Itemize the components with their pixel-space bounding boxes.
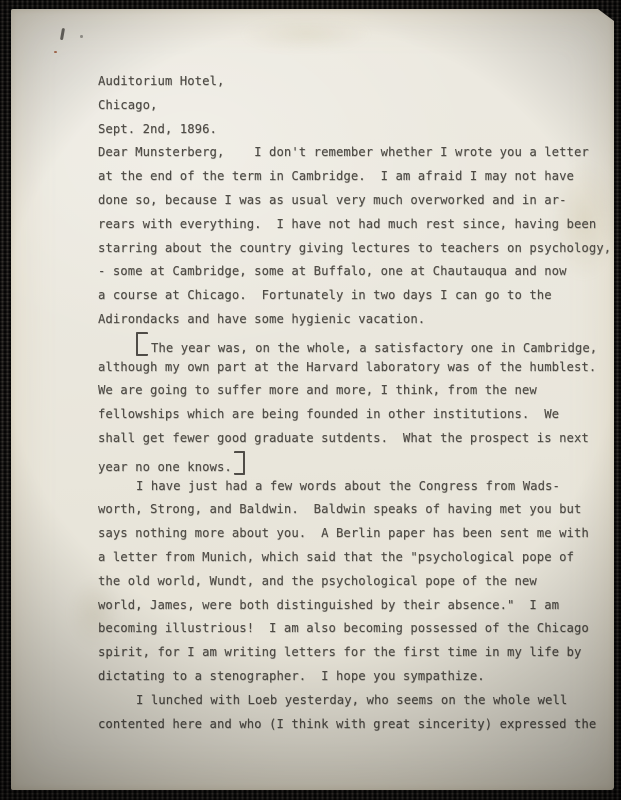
letter-line-text: - some at Cambridge, some at Buffalo, on… bbox=[98, 264, 567, 278]
letter-line-text: at the end of the term in Cambridge. I a… bbox=[98, 169, 574, 183]
letter-line-text: fellowships which are being founded in o… bbox=[98, 407, 559, 421]
ink-bleedthrough-smudge bbox=[241, 17, 371, 51]
letter-line: fellowships which are being founded in o… bbox=[98, 403, 614, 427]
letter-line-text: Chicago, bbox=[98, 98, 158, 112]
letter-page: Auditorium Hotel,Chicago,Sept. 2nd, 1896… bbox=[11, 9, 614, 790]
letter-line: Dear Munsterberg, I don't remember wheth… bbox=[98, 141, 614, 165]
letter-line: Sept. 2nd, 1896. bbox=[98, 118, 614, 142]
letter-line-text: starring about the country giving lectur… bbox=[98, 241, 611, 255]
letter-line: starring about the country giving lectur… bbox=[98, 237, 614, 261]
letter-line-text: I have just had a few words about the Co… bbox=[136, 479, 560, 493]
letter-line: at the end of the term in Cambridge. I a… bbox=[98, 165, 614, 189]
letter-line: The year was, on the whole, a satisfacto… bbox=[98, 332, 614, 356]
letter-line-text: The year was, on the whole, a satisfacto… bbox=[151, 341, 597, 355]
letter-line: becoming illustrious! I am also becoming… bbox=[98, 617, 614, 641]
letter-line-text: contented here and who (I think with gre… bbox=[98, 717, 596, 731]
letter-line: done so, because I was as usual very muc… bbox=[98, 189, 614, 213]
letter-line: I lunched with Loeb yesterday, who seems… bbox=[98, 689, 614, 713]
letter-line-text: rears with everything. I have not had mu… bbox=[98, 217, 596, 231]
letter-line-text: dictating to a stenographer. I hope you … bbox=[98, 669, 485, 683]
letter-line: I have just had a few words about the Co… bbox=[98, 475, 614, 499]
letter-line: world, James, were both distinguished by… bbox=[98, 594, 614, 618]
letter-line-text: We are going to suffer more and more, I … bbox=[98, 383, 537, 397]
red-speck-mark bbox=[54, 51, 57, 53]
pencil-tick-mark bbox=[60, 28, 65, 40]
letter-line-text: Auditorium Hotel, bbox=[98, 74, 224, 88]
letter-line-text: year no one knows. bbox=[98, 460, 232, 474]
editorial-bracket-close-mark bbox=[234, 451, 245, 475]
letter-line: Adirondacks and have some hygienic vacat… bbox=[98, 308, 614, 332]
letter-line: says nothing more about you. A Berlin pa… bbox=[98, 522, 614, 546]
letter-line-text: spirit, for I am writing letters for the… bbox=[98, 645, 581, 659]
letter-line-text: done so, because I was as usual very muc… bbox=[98, 193, 567, 207]
letter-line: a course at Chicago. Fortunately in two … bbox=[98, 284, 614, 308]
letter-line: rears with everything. I have not had mu… bbox=[98, 213, 614, 237]
letter-line-text: a course at Chicago. Fortunately in two … bbox=[98, 288, 552, 302]
ink-bleedthrough-smudge bbox=[549, 161, 619, 279]
letter-line: We are going to suffer more and more, I … bbox=[98, 379, 614, 403]
letter-line-text: Dear Munsterberg, I don't remember wheth… bbox=[98, 145, 589, 159]
letter-line-text: a letter from Munich, which said that th… bbox=[98, 550, 574, 564]
letter-line-text: I lunched with Loeb yesterday, who seems… bbox=[136, 693, 567, 707]
letter-line: although my own part at the Harvard labo… bbox=[98, 356, 614, 380]
letter-line-text: Adirondacks and have some hygienic vacat… bbox=[98, 312, 425, 326]
letter-line: contented here and who (I think with gre… bbox=[98, 713, 614, 737]
letter-line: worth, Strong, and Baldwin. Baldwin spea… bbox=[98, 498, 614, 522]
letter-line: Chicago, bbox=[98, 94, 614, 118]
letter-line-text: worth, Strong, and Baldwin. Baldwin spea… bbox=[98, 502, 581, 516]
editorial-bracket-open-mark bbox=[136, 332, 148, 356]
photo-backdrop: Auditorium Hotel,Chicago,Sept. 2nd, 1896… bbox=[0, 0, 621, 800]
letter-line-text: the old world, Wundt, and the psychologi… bbox=[98, 574, 537, 588]
letter-line: shall get fewer good graduate sutdents. … bbox=[98, 427, 614, 451]
letter-line: dictating to a stenographer. I hope you … bbox=[98, 665, 614, 689]
ink-bleedthrough-smudge bbox=[69, 577, 121, 649]
letter-line: spirit, for I am writing letters for the… bbox=[98, 641, 614, 665]
letter-line: Auditorium Hotel, bbox=[98, 70, 614, 94]
letter-lines: Auditorium Hotel,Chicago,Sept. 2nd, 1896… bbox=[98, 70, 614, 736]
pencil-dot-mark bbox=[80, 35, 83, 38]
letter-line-text: shall get fewer good graduate sutdents. … bbox=[98, 431, 589, 445]
letter-line: - some at Cambridge, some at Buffalo, on… bbox=[98, 260, 614, 284]
letter-line: a letter from Munich, which said that th… bbox=[98, 546, 614, 570]
letter-line: the old world, Wundt, and the psychologi… bbox=[98, 570, 614, 594]
letter-line-text: Sept. 2nd, 1896. bbox=[98, 122, 217, 136]
letter-line-text: although my own part at the Harvard labo… bbox=[98, 360, 596, 374]
letter-line-text: says nothing more about you. A Berlin pa… bbox=[98, 526, 589, 540]
letter-line-text: becoming illustrious! I am also becoming… bbox=[98, 621, 589, 635]
letter-line: year no one knows. bbox=[98, 451, 614, 475]
letter-line-text: world, James, were both distinguished by… bbox=[98, 598, 559, 612]
